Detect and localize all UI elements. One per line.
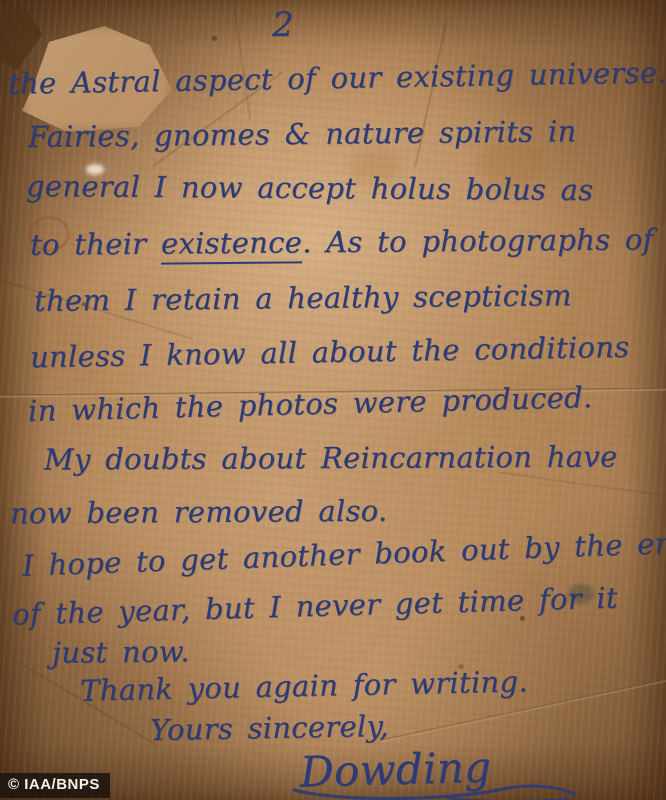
letter-line-3: general I now accept holus bolus as — [26, 170, 594, 207]
ink-speck — [212, 36, 217, 41]
letter-line-8: My doubts about Reincarnation have — [44, 440, 618, 476]
page-number: 2 — [272, 6, 294, 45]
letter-line-2: Fairies, gnomes & nature spirits in — [28, 115, 577, 154]
letter-line-9: now been removed also. — [10, 495, 388, 531]
underlined-word: existence — [161, 225, 303, 264]
letter-photo: 2 the Astral aspect of our existing univ… — [0, 0, 666, 800]
signature-flourish — [288, 782, 588, 800]
letter-line-12: just now. — [52, 635, 190, 670]
letter-line-14: Yours sincerely, — [150, 710, 389, 748]
letter-line-4: to their existence. As to photographs of — [30, 223, 654, 262]
letter-line-5: them I retain a healthy scepticism — [34, 279, 572, 318]
ink-speck — [0, 0, 5, 5]
photo-credit-watermark: © IAA/BNPS — [0, 773, 110, 798]
line-4-pre: to their — [30, 227, 161, 262]
line-4-post: . As to photographs of — [302, 222, 654, 259]
